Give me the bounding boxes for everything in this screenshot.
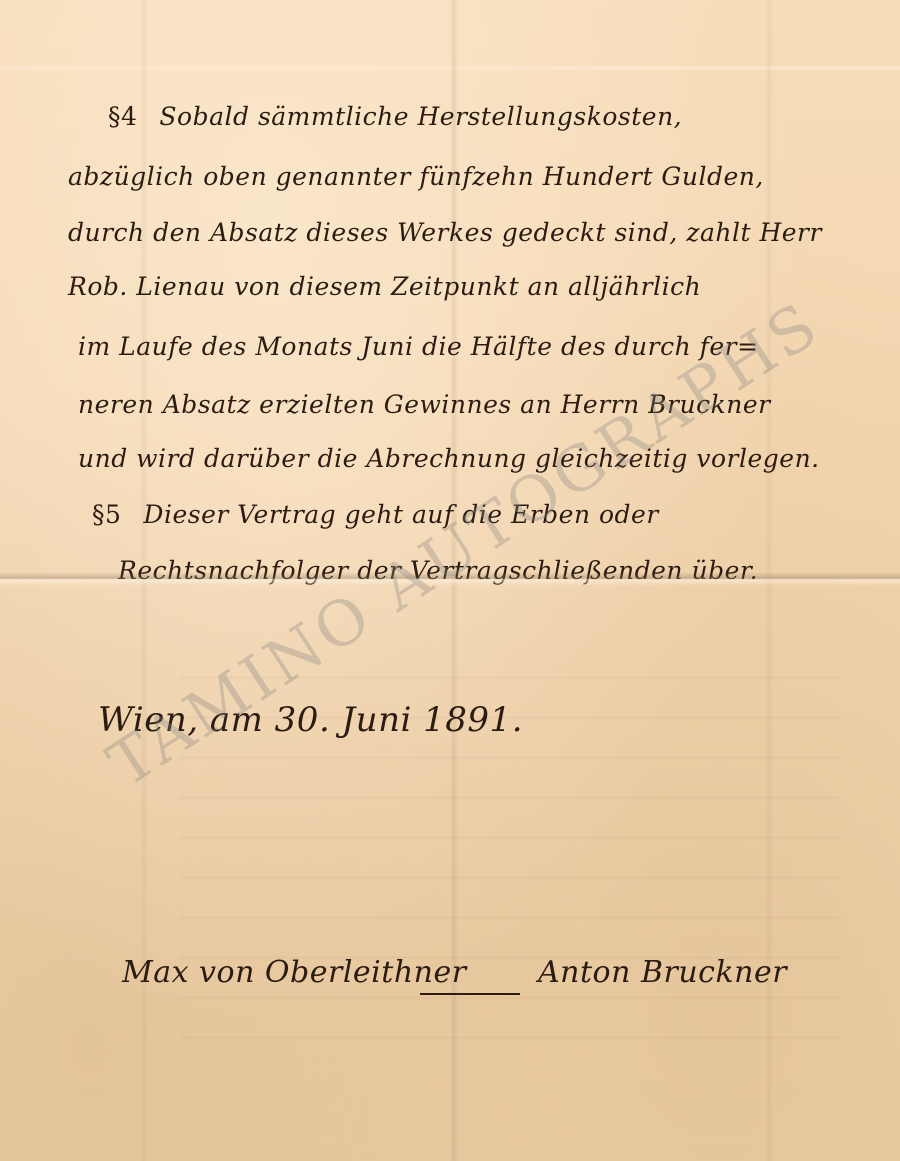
- paragraph-4-line-7: und wird darüber die Abrechnung gleichze…: [78, 444, 820, 473]
- paragraph-4-line-5: im Laufe des Monats Juni die Hälfte des …: [78, 332, 759, 361]
- signature-bruckner: Anton Bruckner: [538, 955, 787, 990]
- paragraph-4-line-4: Rob. Lienau von diesem Zeitpunkt an allj…: [68, 272, 701, 301]
- place-date: Wien, am 30. Juni 1891.: [98, 700, 523, 740]
- paragraph-4-line-3: durch den Absatz dieses Werkes gedeckt s…: [68, 218, 822, 247]
- paragraph-4-line-2: abzüglich oben genannter fünfzehn Hunder…: [68, 162, 764, 191]
- document-page: §4Sobald sämmtliche Herstellungskosten, …: [0, 0, 900, 1161]
- signature-flourish: [420, 993, 520, 995]
- paragraph-number: §5: [92, 500, 121, 529]
- fold-line-horizontal: [0, 572, 900, 586]
- paragraph-number: §4: [108, 102, 137, 131]
- paragraph-4-line-6: neren Absatz erzielten Gewinnes an Herrn…: [78, 390, 771, 419]
- paragraph-5-line-1: §5Dieser Vertrag geht auf die Erben oder: [92, 500, 659, 529]
- signature-oberleithner: Max von Oberleithner: [122, 955, 467, 990]
- paragraph-4-line-1: §4Sobald sämmtliche Herstellungskosten,: [108, 102, 682, 131]
